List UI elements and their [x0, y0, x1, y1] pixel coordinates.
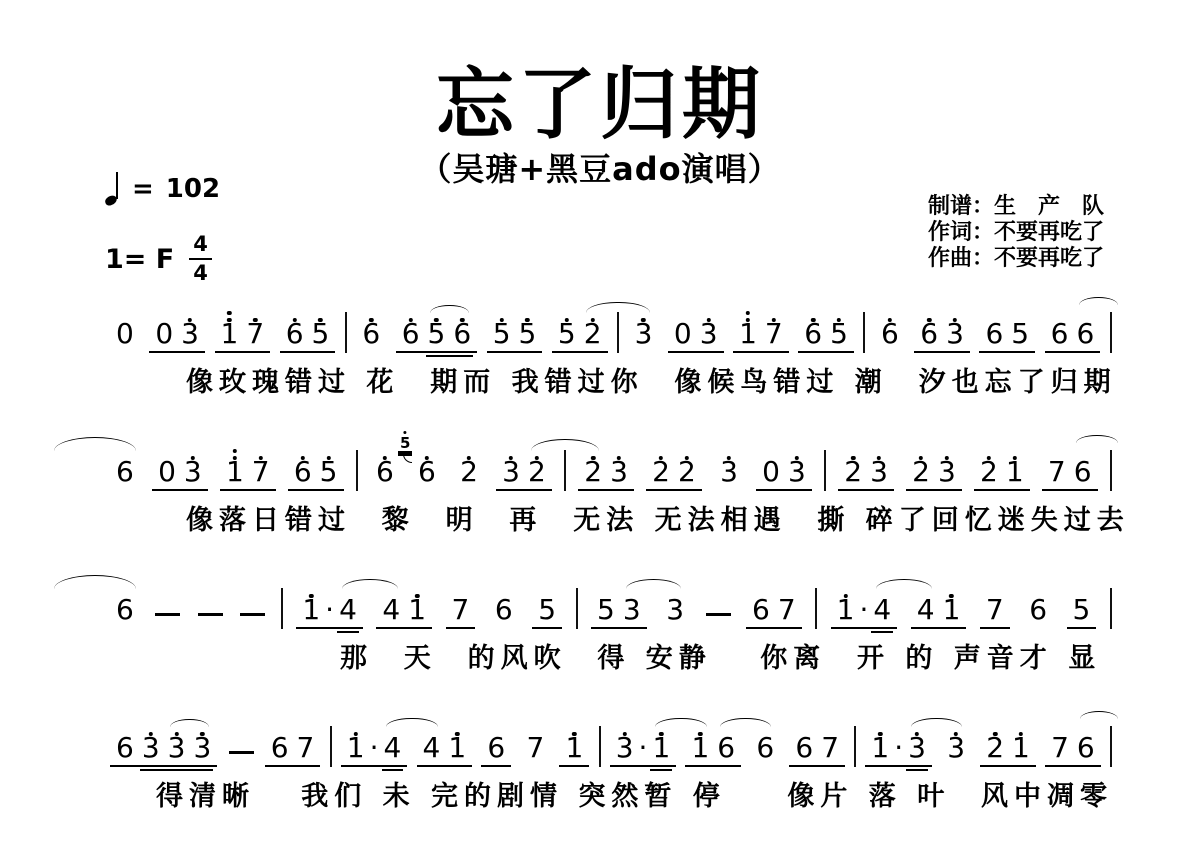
beam-group: 03: [149, 320, 205, 353]
octave-dot: [727, 456, 731, 460]
octave-dot: [851, 456, 855, 460]
beam-group: 41: [417, 734, 473, 767]
beam-group: 6: [110, 458, 140, 491]
note-digit: 6: [752, 596, 770, 624]
note-digit: 6: [1029, 596, 1047, 624]
octave-dots: [227, 311, 231, 322]
score-line-1: 00317656656555230317656636566像玫瑰错过 花 期而 …: [0, 306, 1200, 399]
octave-dots: [188, 318, 192, 322]
note-digit: 1: [652, 734, 670, 762]
barline: [599, 726, 601, 767]
note-digit: 5: [1011, 320, 1029, 348]
octave-dots: [233, 449, 237, 460]
beam-group: 65: [979, 320, 1035, 353]
note-digit: 6: [985, 320, 1003, 348]
octave-dots: [326, 456, 330, 460]
octave-dots: [509, 456, 513, 460]
octave-dots: [617, 456, 621, 460]
note-digit: 7: [778, 596, 796, 624]
note-digit: 6: [717, 734, 735, 762]
notation-score: 00317656656555230317656636566像玫瑰错过 花 期而 …: [0, 306, 1200, 850]
dash-continuation-note: [240, 613, 265, 616]
octave-dot: [309, 594, 313, 598]
grace-hook: [403, 454, 412, 463]
octave-dot: [987, 456, 991, 460]
notation-row: 6031765656232232230323232176: [0, 444, 1200, 491]
octave-dot: [460, 318, 464, 322]
octave-dots: [811, 318, 815, 322]
beam-group: 6: [875, 320, 905, 353]
beam-group: 6: [481, 734, 511, 767]
octave-dots: [843, 594, 847, 598]
octave-dots: [353, 732, 357, 736]
note-digit: 6: [402, 320, 420, 348]
octave-dots: [641, 318, 645, 322]
octave-dots: [851, 456, 855, 460]
octave-dot: [1019, 732, 1023, 736]
beam-group: 16: [685, 734, 741, 767]
note-digit: 7: [986, 596, 1004, 624]
beam-group: 65: [288, 458, 344, 491]
beam-group: 65: [280, 320, 336, 353]
score-line-2: 6031765656232232230323232176像落日错过 黎 明 再 …: [0, 444, 1200, 537]
octave-dots: [993, 732, 997, 736]
note-digit: 2: [678, 458, 696, 486]
octave-dots: [425, 456, 429, 460]
note-digit: 6: [1076, 320, 1094, 348]
note-digit: 3: [502, 458, 520, 486]
octave-dot: [591, 456, 595, 460]
note-digit: 3: [616, 734, 634, 762]
barline: [1110, 588, 1112, 629]
octave-dot: [318, 318, 322, 322]
note-digit: 2: [584, 320, 602, 348]
note-digit: 4: [384, 734, 402, 762]
octave-dots: [318, 318, 322, 322]
beam-group: 6: [750, 734, 780, 767]
octave-dot: [915, 732, 919, 736]
rest-digit: 0: [674, 320, 692, 348]
quarter-note-icon: [105, 172, 120, 205]
octave-dots: [535, 456, 539, 460]
octave-dot: [953, 318, 957, 322]
note-digit: 6: [362, 320, 380, 348]
tempo-equals: =: [132, 174, 154, 204]
octave-dots: [746, 311, 750, 322]
barline: [281, 588, 283, 629]
beam-group: 3: [660, 596, 690, 629]
note-digit: 3: [193, 734, 211, 762]
barline: [564, 450, 566, 491]
note-digit: 6: [418, 458, 436, 486]
octave-dot: [993, 732, 997, 736]
beam-group: 41: [911, 596, 967, 629]
note-digit: 6: [1077, 734, 1095, 762]
octave-dots: [149, 732, 153, 736]
octave-dot: [253, 318, 257, 322]
octave-dot: [174, 732, 178, 736]
beam-group: 03: [668, 320, 724, 353]
note-digit: 7: [252, 458, 270, 486]
note-digit: 3: [870, 458, 888, 486]
octave-dot: [659, 732, 663, 736]
beam-group: 67: [746, 596, 802, 629]
note-digit: 7: [526, 734, 544, 762]
key-label: 1= F: [105, 244, 174, 275]
octave-dots: [525, 318, 529, 322]
note-digit: 5: [519, 320, 537, 348]
note-digit: 3: [635, 320, 653, 348]
note-digit: 3: [666, 596, 684, 624]
credit-composer: 作曲： 不要再吃了: [928, 246, 1104, 272]
note-digit: 7: [765, 320, 783, 348]
sheet-music-page: 忘了归期 （吴瑭+黑豆ado演唱） = 102 1= F 4 4 制谱： 生 产…: [0, 0, 1200, 850]
note-digit: 1: [347, 734, 365, 762]
augmentation-dot: ·: [894, 734, 903, 762]
octave-dot: [415, 594, 419, 598]
note-digit: 5: [558, 320, 576, 348]
octave-dots: [659, 732, 663, 736]
note-digit: 6: [795, 734, 813, 762]
beam-group: 21: [974, 458, 1030, 491]
note-digit: 6: [881, 320, 899, 348]
octave-dot: [837, 318, 841, 322]
key-signature: 1= F 4 4: [105, 233, 212, 285]
octave-dot: [641, 318, 645, 322]
note-digit: 1: [691, 734, 709, 762]
note-digit: 6: [487, 734, 505, 762]
octave-dot: [919, 456, 923, 460]
octave-dot: [383, 456, 387, 460]
barline: [854, 726, 856, 767]
octave-dot: [795, 456, 799, 460]
barline: [345, 312, 347, 353]
lyrics-line: 那 天 的风吹 得 安静 你离 开 的 声音才 显: [0, 636, 1200, 675]
octave-dot: [706, 318, 710, 322]
octave-dots: [434, 318, 438, 322]
note-digit: 3: [184, 458, 202, 486]
octave-dots: [174, 732, 178, 736]
barline: [617, 312, 619, 353]
augmentation-dot: ·: [325, 596, 334, 624]
note-digit: 3: [720, 458, 738, 486]
dash-continuation-note: [706, 613, 731, 616]
octave-dot: [227, 311, 231, 315]
octave-dot: [811, 318, 815, 322]
octave-dot: [843, 594, 847, 598]
beam-group: 1·4: [831, 596, 898, 629]
notation-row: 61·441765533671·441765: [0, 582, 1200, 629]
octave-dots: [191, 456, 195, 460]
octave-dot: [698, 732, 702, 736]
beam-group: 6: [489, 596, 519, 629]
note-digit: 1: [837, 596, 855, 624]
note-digit: 1: [871, 734, 889, 762]
barline: [1110, 450, 1112, 491]
song-title: 忘了归期: [0, 42, 1200, 154]
beam-group: 3: [941, 734, 971, 767]
octave-dots: [987, 456, 991, 460]
note-digit: 1: [1012, 734, 1030, 762]
beam-group: 41: [376, 596, 432, 629]
note-digit: 5: [1073, 596, 1091, 624]
tempo-marking: = 102: [105, 172, 220, 205]
beam-group: 03: [756, 458, 812, 491]
note-digit: 5: [830, 320, 848, 348]
note-digit: 4: [382, 596, 400, 624]
note-digit: 6: [920, 320, 938, 348]
octave-dot: [746, 311, 750, 315]
beam-group: 22: [646, 458, 702, 491]
credit-lyricist: 作词： 不要再吃了: [928, 220, 1104, 246]
octave-dot: [772, 318, 776, 322]
note-digit: 5: [312, 320, 330, 348]
note-digit: 6: [116, 734, 134, 762]
octave-dot: [927, 318, 931, 322]
octave-dots: [590, 318, 594, 322]
barline: [815, 588, 817, 629]
octave-dot: [525, 318, 529, 322]
octave-dots: [919, 456, 923, 460]
octave-dot: [945, 456, 949, 460]
octave-dot: [622, 732, 626, 736]
octave-dots: [415, 594, 419, 598]
time-signature-numerator: 4: [189, 233, 212, 258]
note-digit: 2: [584, 458, 602, 486]
octave-dot: [535, 456, 539, 460]
octave-dots: [877, 456, 881, 460]
octave-dot: [572, 732, 576, 736]
barline: [576, 588, 578, 629]
augmentation-dot: ·: [860, 596, 869, 624]
note-digit: 1: [739, 320, 757, 348]
octave-dot: [425, 456, 429, 460]
octave-dot: [227, 318, 231, 322]
augmentation-dot: ·: [370, 734, 379, 762]
score-line-3: 61·441765533671·441765那 天 的风吹 得 安静 你离 开 …: [0, 582, 1200, 675]
beam-group: 2: [454, 458, 484, 491]
tempo-bpm: 102: [166, 174, 220, 204]
octave-dot: [617, 456, 621, 460]
barline: [824, 450, 826, 491]
note-digit: 3: [946, 320, 964, 348]
octave-dot: [949, 594, 953, 598]
octave-dot: [746, 318, 750, 322]
beam-group: 76: [1042, 458, 1098, 491]
beam-group: 21: [980, 734, 1036, 767]
octave-dots: [622, 732, 626, 736]
note-digit: 4: [873, 596, 891, 624]
octave-dots: [258, 456, 262, 460]
octave-dot: [499, 318, 503, 322]
octave-dots: [659, 456, 663, 460]
octave-dots: [383, 456, 387, 460]
beam-group: 65: [798, 320, 854, 353]
octave-dots: [888, 318, 892, 322]
beam-group: 5: [532, 596, 562, 629]
octave-dots: [572, 732, 576, 736]
note-digit: 5: [493, 320, 511, 348]
rest-digit: 0: [762, 458, 780, 486]
octave-dots: [309, 594, 313, 598]
octave-dots: [1019, 732, 1023, 736]
slur-arc: [1079, 297, 1118, 305]
note-digit: 3: [610, 458, 628, 486]
note-digit: 4: [917, 596, 935, 624]
beam-group: 1·3: [865, 734, 932, 767]
octave-dots: [408, 318, 412, 322]
note-digit: 1: [408, 596, 426, 624]
octave-dots: [706, 318, 710, 322]
octave-dot: [233, 456, 237, 460]
note-digit: 1: [226, 458, 244, 486]
note-digit: 7: [297, 734, 315, 762]
barline: [1110, 726, 1112, 767]
octave-dots: [467, 456, 471, 460]
note-digit: 6: [116, 458, 134, 486]
note-digit: 3: [788, 458, 806, 486]
time-signature-denominator: 4: [189, 258, 212, 285]
beam-group: 1·4: [296, 596, 363, 629]
note-digit: 7: [246, 320, 264, 348]
octave-dot: [292, 318, 296, 322]
credits-block: 制谱： 生 产 队 作词： 不要再吃了 作曲： 不要再吃了: [928, 194, 1104, 272]
note-digit: 2: [844, 458, 862, 486]
note-digit: 5: [538, 596, 556, 624]
beam-group: 17: [733, 320, 789, 353]
octave-dots: [455, 732, 459, 736]
octave-dot: [369, 318, 373, 322]
note-digit: 2: [460, 458, 478, 486]
octave-dots: [878, 732, 882, 736]
octave-dots: [301, 456, 305, 460]
octave-dot: [467, 456, 471, 460]
octave-dots: [727, 456, 731, 460]
note-digit: 1: [943, 596, 961, 624]
note-digit: 3: [947, 734, 965, 762]
note-digit: 3: [181, 320, 199, 348]
note-digit: 7: [1048, 458, 1066, 486]
octave-dot: [200, 732, 204, 736]
note-digit: 2: [528, 458, 546, 486]
rest-digit: 0: [155, 320, 173, 348]
time-signature: 4 4: [189, 233, 212, 285]
octave-dots: [954, 732, 958, 736]
octave-dot: [408, 318, 412, 322]
note-digit: 2: [652, 458, 670, 486]
beam-group: 7: [446, 596, 476, 629]
octave-dots: [292, 318, 296, 322]
octave-dots: [915, 732, 919, 736]
octave-dots: [953, 318, 957, 322]
beam-group: 67: [789, 734, 845, 767]
octave-dots: [795, 456, 799, 460]
octave-dots: [685, 456, 689, 460]
note-digit: 1: [1006, 458, 1024, 486]
barline: [356, 450, 358, 491]
octave-dots: [200, 732, 204, 736]
note-digit: 6: [286, 320, 304, 348]
beam-group: 03: [152, 458, 208, 491]
octave-dot: [878, 732, 882, 736]
beam-group: 67: [265, 734, 321, 767]
beam-group: 6: [1023, 596, 1053, 629]
octave-dot: [404, 431, 407, 434]
octave-dot: [301, 456, 305, 460]
octave-dot: [590, 318, 594, 322]
beam-group: 3: [714, 458, 744, 491]
grace-note: 5: [398, 433, 420, 457]
octave-dots: [949, 594, 953, 598]
barline: [330, 726, 332, 767]
octave-dot: [233, 449, 237, 453]
dash-continuation-note: [155, 613, 180, 616]
note-digit: 2: [912, 458, 930, 486]
octave-dots: [460, 318, 464, 322]
note-digit: 4: [339, 596, 357, 624]
note-digit: 6: [756, 734, 774, 762]
octave-dots: [253, 318, 257, 322]
octave-dot: [455, 732, 459, 736]
note-digit: 1: [448, 734, 466, 762]
note-digit: 3: [623, 596, 641, 624]
note-digit: 7: [452, 596, 470, 624]
beam-group: 6: [356, 320, 386, 353]
note-digit: 6: [1051, 320, 1069, 348]
lyrics-line: 像玫瑰错过 花 期而 我错过你 像候鸟错过 潮 汐也忘了归期: [0, 360, 1200, 399]
beam-group: 23: [838, 458, 894, 491]
octave-dots: [927, 318, 931, 322]
beam-group: 7: [980, 596, 1010, 629]
dash-continuation-note: [198, 613, 223, 616]
note-digit: 5: [597, 596, 615, 624]
beam-group: 55: [487, 320, 543, 353]
beam-group: 5: [1067, 596, 1097, 629]
octave-dot: [326, 456, 330, 460]
note-digit: 7: [821, 734, 839, 762]
beam-group: 6: [110, 596, 140, 629]
beam-group: 23: [906, 458, 962, 491]
octave-dot: [434, 318, 438, 322]
beam-group: 17: [220, 458, 276, 491]
octave-dot: [353, 732, 357, 736]
note-digit: 6: [804, 320, 822, 348]
notation-row: 6333671·4416713·1166671·332176: [0, 720, 1200, 767]
beam-group: 6333: [110, 734, 217, 767]
note-digit: 6: [1074, 458, 1092, 486]
octave-dots: [837, 318, 841, 322]
octave-dot: [954, 732, 958, 736]
octave-dots: [1013, 456, 1017, 460]
beam-group: 23: [578, 458, 634, 491]
octave-dot: [888, 318, 892, 322]
grace-note-group: 56: [412, 458, 442, 491]
octave-dots: [499, 318, 503, 322]
octave-dot: [565, 318, 569, 322]
octave-dots: [565, 318, 569, 322]
note-digit: 6: [294, 458, 312, 486]
rest-digit: 0: [158, 458, 176, 486]
beam-group: 1·4: [341, 734, 408, 767]
rest-digit: 0: [116, 320, 134, 348]
note-digit: 6: [376, 458, 394, 486]
octave-dots: [591, 456, 595, 460]
beam-group: 63: [914, 320, 970, 353]
octave-dot: [258, 456, 262, 460]
beam-group: 53: [591, 596, 647, 629]
barline: [1110, 312, 1112, 353]
note-digit: 2: [986, 734, 1004, 762]
